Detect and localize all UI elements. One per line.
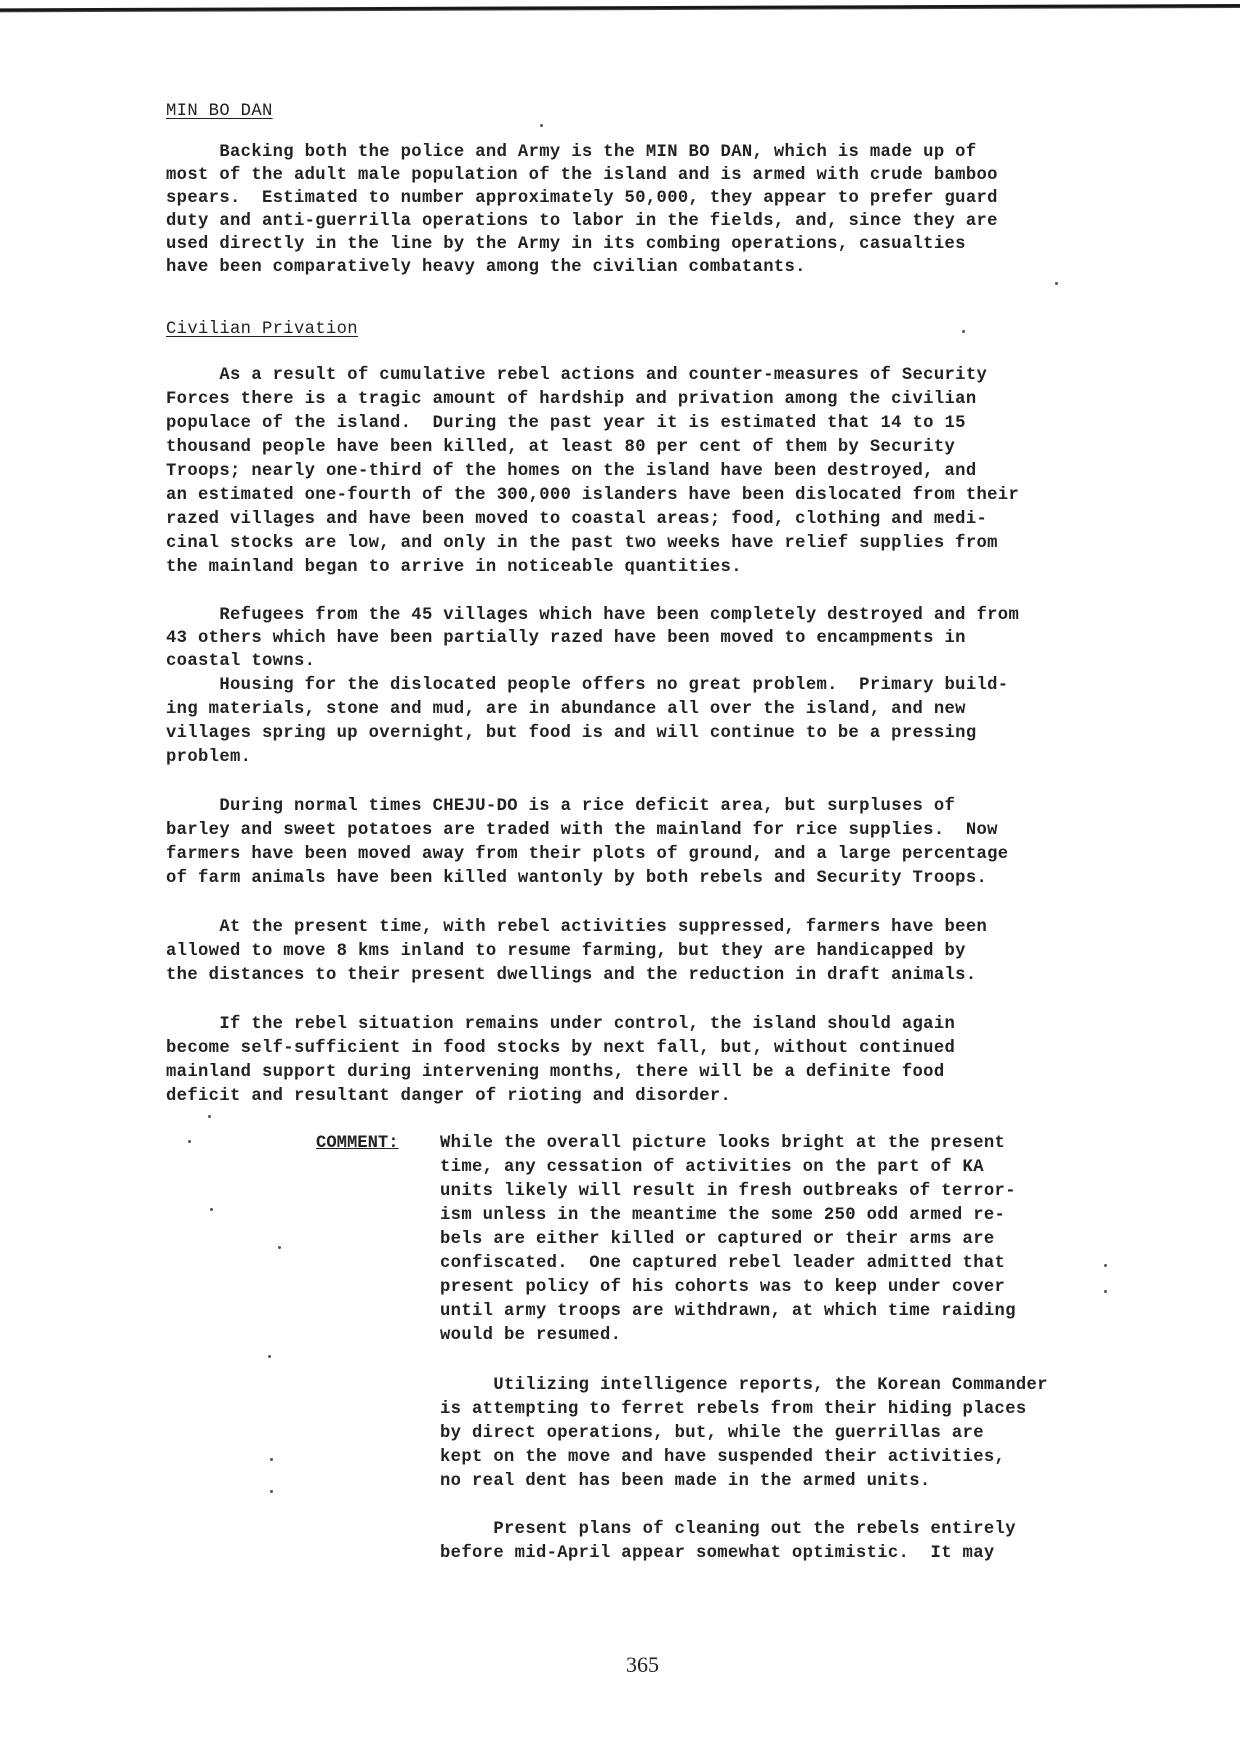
text-line: If the rebel situation remains under con… [166, 1013, 955, 1037]
text-line: bels are either killed or captured or th… [440, 1228, 995, 1252]
scan-speck [268, 1355, 271, 1358]
text-line: no real dent has been made in the armed … [440, 1470, 931, 1494]
text-line: During normal times CHEJU-DO is a rice d… [166, 795, 955, 819]
text-line: razed villages and have been moved to co… [166, 508, 987, 532]
text-line: become self-sufficient in food stocks by… [166, 1037, 955, 1061]
text-line: Troops; nearly one-third of the homes on… [166, 460, 976, 484]
scan-top-border [0, 4, 1240, 12]
text-line: Backing both the police and Army is the … [166, 141, 976, 165]
text-line: At the present time, with rebel activiti… [166, 916, 987, 940]
scan-speck [540, 124, 543, 127]
text-line: present policy of his cohorts was to kee… [440, 1276, 1005, 1300]
scan-speck [1104, 1264, 1107, 1267]
text-line: 43 others which have been partially raze… [166, 627, 966, 651]
text-line: allowed to move 8 kms inland to resume f… [166, 940, 966, 964]
scan-speck [188, 1140, 191, 1143]
text-line: before mid-April appear somewhat optimis… [440, 1542, 995, 1566]
text-line: confiscated. One captured rebel leader a… [440, 1252, 1005, 1276]
text-line: Forces there is a tragic amount of hards… [166, 388, 976, 412]
scan-speck [1055, 282, 1058, 285]
text-line: While the overall picture looks bright a… [440, 1132, 1005, 1156]
section-heading-min-bo-dan: MIN BO DAN [166, 100, 273, 124]
text-line: the mainland began to arrive in noticeab… [166, 556, 742, 580]
text-line: have been comparatively heavy among the … [166, 256, 806, 280]
text-line: would be resumed. [440, 1324, 621, 1348]
text-line: of farm animals have been killed wantonl… [166, 867, 987, 891]
text-line: ism unless in the meantime the some 250 … [440, 1204, 1005, 1228]
text-line: problem. [166, 746, 251, 770]
text-line: As a result of cumulative rebel actions … [166, 364, 987, 388]
text-line: populace of the island. During the past … [166, 412, 966, 436]
scan-speck [270, 1458, 273, 1461]
text-line: deficit and resultant danger of rioting … [166, 1085, 731, 1109]
text-line: Present plans of cleaning out the rebels… [440, 1518, 1016, 1542]
text-line: the distances to their present dwellings… [166, 964, 976, 988]
text-line: spears. Estimated to number approximatel… [166, 187, 998, 211]
text-line: duty and anti-guerrilla operations to la… [166, 210, 998, 234]
scan-speck [962, 330, 965, 333]
text-line: mainland support during intervening mont… [166, 1061, 944, 1085]
text-line: until army troops are withdrawn, at whic… [440, 1300, 1016, 1324]
scan-speck [1104, 1290, 1107, 1293]
text-line: thousand people have been killed, at lea… [166, 436, 955, 460]
text-line: Utilizing intelligence reports, the Kore… [440, 1374, 1048, 1398]
text-line: ing materials, stone and mud, are in abu… [166, 698, 966, 722]
scan-speck [270, 1490, 273, 1493]
text-line: used directly in the line by the Army in… [166, 233, 966, 257]
text-line: coastal towns. [166, 650, 315, 674]
text-line: barley and sweet potatoes are traded wit… [166, 819, 998, 843]
text-line: by direct operations, but, while the gue… [440, 1422, 984, 1446]
scan-speck [208, 1115, 211, 1118]
text-line: villages spring up overnight, but food i… [166, 722, 976, 746]
page-number: 365 [626, 1652, 659, 1678]
text-line: most of the adult male population of the… [166, 164, 998, 188]
text-line: cinal stocks are low, and only in the pa… [166, 532, 998, 556]
text-line: an estimated one-fourth of the 300,000 i… [166, 484, 1019, 508]
text-line: is attempting to ferret rebels from thei… [440, 1398, 1027, 1422]
comment-label: COMMENT: [316, 1132, 399, 1156]
text-line: Refugees from the 45 villages which have… [166, 604, 1019, 628]
scan-speck [278, 1246, 281, 1249]
text-line: kept on the move and have suspended thei… [440, 1446, 1005, 1470]
text-line: farmers have been moved away from their … [166, 843, 1008, 867]
document-page: MIN BO DAN Backing both the police and A… [0, 0, 1240, 1755]
scan-speck [210, 1208, 213, 1211]
text-line: Housing for the dislocated people offers… [166, 674, 1008, 698]
text-line: units likely will result in fresh outbre… [440, 1180, 1016, 1204]
section-heading-civilian-privation: Civilian Privation [166, 318, 358, 342]
text-line: time, any cessation of activities on the… [440, 1156, 984, 1180]
